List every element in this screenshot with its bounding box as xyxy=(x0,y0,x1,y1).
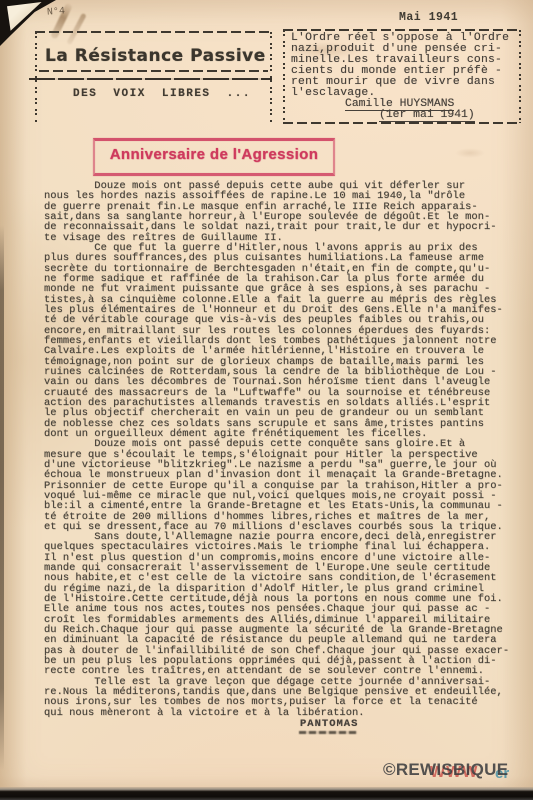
scan-edge-shadow xyxy=(0,225,4,770)
masthead-title-underline xyxy=(39,70,268,72)
scanned-newspaper-page: N°4 Mai 1941 La Résistance Passive DES V… xyxy=(0,0,533,800)
watermark-copyright: ©REWISBIQUE xyxy=(383,760,508,780)
signature-name: PANTOMAS xyxy=(300,718,358,730)
newspaper-title: La Résistance Passive xyxy=(45,46,262,66)
quote-box: L'Ordre réel s'oppose à l'Ordre nazi,pro… xyxy=(283,29,521,124)
masthead-box: La Résistance Passive DES VOIX LIBRES ..… xyxy=(35,31,272,125)
newspaper-subtitle: DES VOIX LIBRES ... xyxy=(73,88,251,100)
paper-stain xyxy=(455,148,485,158)
masthead-top-rule xyxy=(35,31,272,33)
issue-date: Mai 1941 xyxy=(399,11,458,24)
quote-box-top-rule xyxy=(283,29,521,31)
signature-underline xyxy=(299,731,357,734)
signature: PANTOMAS xyxy=(300,718,358,730)
quote-date-text: (1er mai 1941) xyxy=(379,109,475,122)
headline-box: Anniversaire de l'Agression xyxy=(93,138,335,176)
masthead-divider-rule xyxy=(29,78,272,80)
quote-box-left-rule xyxy=(283,30,285,123)
scan-bottom-edge xyxy=(0,787,533,800)
quote-box-right-rule xyxy=(519,30,521,123)
quote-date: (1er mai 1941) xyxy=(379,109,475,121)
watermark: WWW er ©REWISBIQUE xyxy=(383,760,523,784)
article-body: Douze mois ont passé depuis cette aube q… xyxy=(44,181,514,718)
headline: Anniversaire de l'Agression xyxy=(95,146,333,163)
issue-number: N°4 xyxy=(47,6,66,18)
quote-box-bottom-rule xyxy=(283,122,521,124)
quote-text: L'Ordre réel s'oppose à l'Ordre nazi,pro… xyxy=(291,33,509,98)
